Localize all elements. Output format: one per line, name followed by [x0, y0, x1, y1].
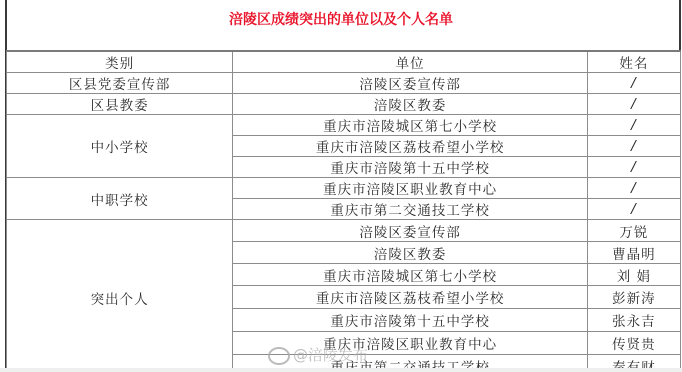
unit-cell: 涪陵区委宣传部	[233, 220, 588, 242]
name-cell: /	[587, 94, 680, 115]
name-cell: 刘 娟	[587, 264, 680, 286]
name-cell: /	[587, 73, 680, 94]
category-cell: 中职学校	[7, 178, 233, 220]
unit-cell: 涪陵区委宣传部	[233, 73, 588, 94]
unit-cell: 重庆市涪陵区职业教育中心	[233, 178, 588, 199]
unit-cell: 涪陵区教委	[233, 242, 588, 264]
unit-cell: 重庆市涪陵城区第七小学校	[233, 115, 588, 136]
name-cell: 张永吉	[587, 309, 680, 332]
name-cell: /	[587, 178, 680, 199]
category-cell: 中小学校	[7, 115, 233, 178]
name-cell: /	[587, 157, 680, 178]
table-row: 中小学校 重庆市涪陵城区第七小学校 /	[7, 115, 681, 136]
header-name: 姓名	[587, 51, 680, 73]
unit-cell: 重庆市涪陵第十五中学校	[233, 157, 588, 178]
name-cell: /	[587, 115, 680, 136]
name-cell: 彭新涛	[587, 286, 680, 309]
unit-cell: 重庆市涪陵城区第七小学校	[233, 264, 588, 286]
table-row: 区县党委宣传部 涪陵区委宣传部 /	[7, 73, 681, 94]
category-cell: 突出个人	[7, 220, 233, 372]
unit-cell: 重庆市涪陵区荔枝希望小学校	[233, 136, 588, 157]
unit-cell: 重庆市涪陵区荔枝希望小学校	[233, 286, 588, 309]
unit-cell: 重庆市涪陵第十五中学校	[233, 309, 588, 332]
name-cell: 传贤贵	[587, 332, 680, 355]
honor-list-table: 类别 单位 姓名 区县党委宣传部 涪陵区委宣传部 / 区县教委 涪陵区教委 / …	[6, 50, 681, 372]
header-category: 类别	[7, 51, 233, 73]
table-row: 突出个人 涪陵区委宣传部 万锐	[7, 220, 681, 242]
document-title: 涪陵区成绩突出的单位以及个人名单	[0, 9, 682, 29]
bottom-strip	[0, 368, 682, 372]
unit-cell: 涪陵区教委	[233, 94, 588, 115]
name-cell: 万锐	[587, 220, 680, 242]
unit-cell: 重庆市第二交通技工学校	[233, 199, 588, 220]
name-cell: /	[587, 199, 680, 220]
table-row: 区县教委 涪陵区教委 /	[7, 94, 681, 115]
table-row: 中职学校 重庆市涪陵区职业教育中心 /	[7, 178, 681, 199]
unit-cell: 重庆市涪陵区职业教育中心	[233, 332, 588, 355]
category-cell: 区县教委	[7, 94, 233, 115]
header-unit: 单位	[233, 51, 588, 73]
table-header-row: 类别 单位 姓名	[7, 51, 681, 73]
name-cell: /	[587, 136, 680, 157]
document-page: 涪陵区成绩突出的单位以及个人名单 类别 单位 姓名 区县党委宣传部 涪陵区委宣传…	[0, 0, 682, 368]
name-cell: 曹晶明	[587, 242, 680, 264]
category-cell: 区县党委宣传部	[7, 73, 233, 94]
